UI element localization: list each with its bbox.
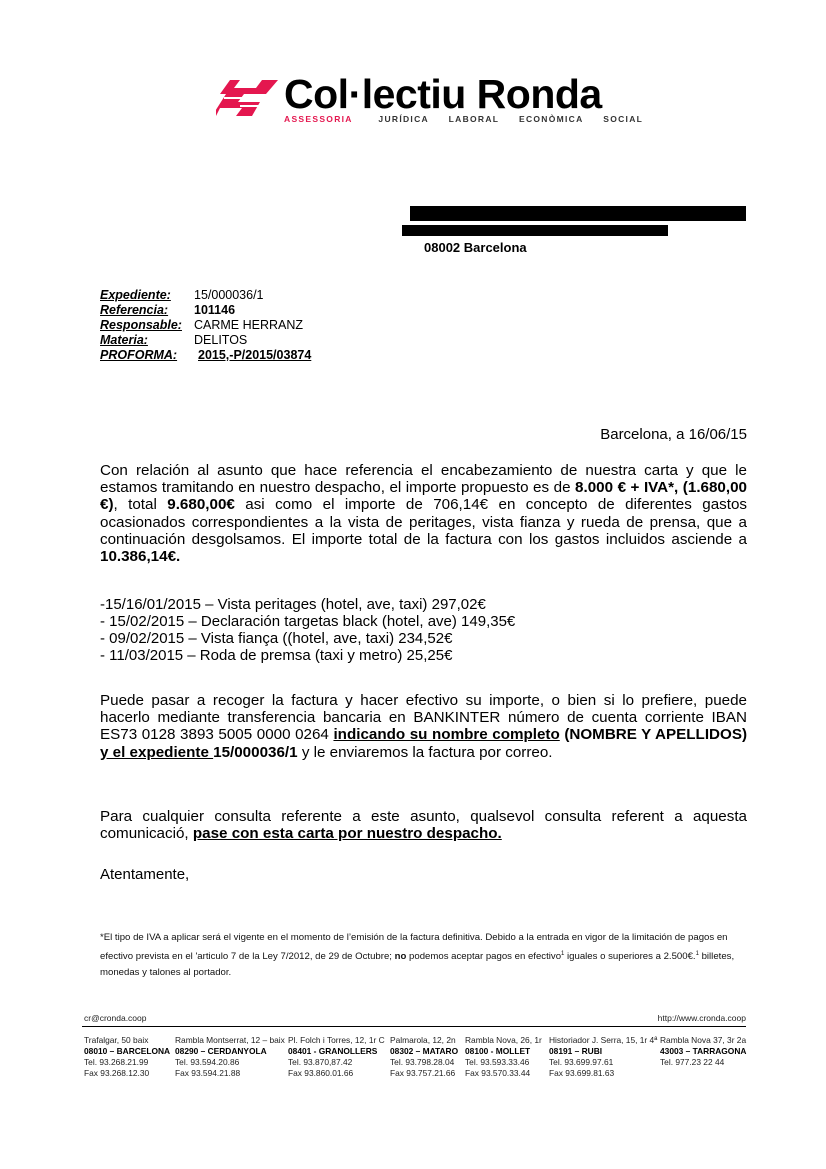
office-fax: Fax 93.699.81.63 <box>549 1068 660 1079</box>
office-city: 08100 - MOLLET <box>465 1046 549 1057</box>
office-rubi: Historiador J. Serra, 15, 1r 4ª 08191 – … <box>549 1035 660 1079</box>
company-logo: Col·lectiu Ronda ASSESSORIA JURÍDICA LAB… <box>216 76 611 128</box>
expenses-list: -15/16/01/2015 – Vista peritages (hotel,… <box>100 596 515 664</box>
emphasis: indicando su nombre completo <box>333 726 559 743</box>
footer-website[interactable]: http://www.cronda.coop <box>658 1013 746 1023</box>
ref-value: 2015,-P/2015/03874 <box>198 348 311 363</box>
expense-item: - 09/02/2015 – Vista fiança ((hotel, ave… <box>100 630 515 647</box>
case-number: 15/000036/1 <box>213 744 297 761</box>
office-barcelona: Trafalgar, 50 baix 08010 – BARCELONA Tel… <box>84 1035 175 1079</box>
office-fax: Fax 93.594.21.88 <box>175 1068 288 1079</box>
office-granollers: Pl. Folch i Torres, 12, 1r C 08401 - GRA… <box>288 1035 390 1079</box>
recipient-city: 08002 Barcelona <box>424 240 527 255</box>
ref-value: 15/000036/1 <box>194 288 264 303</box>
body-paragraph-3: Para cualquier consulta referente a este… <box>100 808 747 842</box>
grand-total-amount: 10.386,14€. <box>100 548 180 565</box>
footer-contact: cr@cronda.coop http://www.cronda.coop <box>84 1013 746 1023</box>
office-street: Trafalgar, 50 baix <box>84 1035 175 1046</box>
expense-item: -15/16/01/2015 – Vista peritages (hotel,… <box>100 596 515 613</box>
ref-label: Expediente: <box>100 288 194 303</box>
logo-arrows-icon <box>216 80 278 116</box>
emphasis: (NOMBRE Y APELLIDOS) <box>560 726 747 743</box>
vat-footnote: *El tipo de IVA a aplicar será el vigent… <box>100 930 750 981</box>
text: podemos aceptar pagos en efectivo <box>406 951 561 962</box>
ref-label: Materia: <box>100 333 194 348</box>
logo-subtitle-item: JURÍDICA <box>378 114 429 124</box>
ref-row-materia: Materia: DELITOS <box>100 333 311 348</box>
office-city: 08401 - GRANOLLERS <box>288 1046 390 1057</box>
office-street: Rambla Nova 37, 3r 2a <box>660 1035 746 1046</box>
office-fax: Fax 93.268.12.30 <box>84 1068 175 1079</box>
text: iguales o superiores a 2.500€. <box>564 951 695 962</box>
logo-subtitle-item: SOCIAL <box>603 114 643 124</box>
letter-date: Barcelona, a 16/06/15 <box>600 426 747 443</box>
total-amount: 9.680,00€ <box>167 496 235 513</box>
footer-email[interactable]: cr@cronda.coop <box>84 1013 147 1023</box>
office-city: 08191 – RUBI <box>549 1046 660 1057</box>
ref-value: CARME HERRANZ <box>194 318 303 333</box>
logo-subtitle-item: LABORAL <box>449 114 500 124</box>
office-fax: Fax 93.570.33.44 <box>465 1068 549 1079</box>
emphasis: pase con esta carta por nuestro despacho… <box>193 825 502 842</box>
office-tel: Tel. 93.593.33.46 <box>465 1057 549 1068</box>
ref-label: Responsable: <box>100 318 194 333</box>
expense-item: - 11/03/2015 – Roda de premsa (taxi y me… <box>100 647 515 664</box>
ref-value: DELITOS <box>194 333 247 348</box>
office-city: 08290 – CERDANYOLA <box>175 1046 288 1057</box>
office-tel: Tel. 93.699.97.61 <box>549 1057 660 1068</box>
office-tarragona: Rambla Nova 37, 3r 2a 43003 – TARRAGONA … <box>660 1035 746 1079</box>
emphasis: no <box>395 951 407 962</box>
expense-item: - 15/02/2015 – Declaración targetas blac… <box>100 613 515 630</box>
redacted-recipient-address <box>402 225 668 236</box>
ref-value: 101146 <box>194 303 235 318</box>
office-street: Rambla Nova, 26, 1r <box>465 1035 549 1046</box>
footer-offices: Trafalgar, 50 baix 08010 – BARCELONA Tel… <box>84 1035 764 1079</box>
office-tel: Tel. 93.870,87.42 <box>288 1057 390 1068</box>
footer-divider <box>82 1026 746 1027</box>
logo-subtitle-item: ECONÒMICA <box>519 114 584 124</box>
emphasis: y el expediente <box>100 744 213 761</box>
ref-label: PROFORMA: <box>100 348 194 363</box>
text: y le enviaremos la factura por correo. <box>298 744 553 761</box>
office-tel: Tel. 977.23 22 44 <box>660 1057 746 1068</box>
office-tel: Tel. 93.594.20.86 <box>175 1057 288 1068</box>
office-tel: Tel. 93.268.21.99 <box>84 1057 175 1068</box>
ref-row-responsable: Responsable: CARME HERRANZ <box>100 318 311 333</box>
office-fax: Fax 93.757.21.66 <box>390 1068 465 1079</box>
closing: Atentamente, <box>100 866 189 883</box>
office-cerdanyola: Rambla Montserrat, 12 – baix 08290 – CER… <box>175 1035 288 1079</box>
redacted-recipient-name <box>410 206 746 221</box>
body-paragraph-1: Con relación al asunto que hace referenc… <box>100 462 747 565</box>
office-street: Rambla Montserrat, 12 – baix <box>175 1035 288 1046</box>
office-street: Pl. Folch i Torres, 12, 1r C <box>288 1035 390 1046</box>
office-city: 08302 – MATARO <box>390 1046 465 1057</box>
office-city: 43003 – TARRAGONA <box>660 1046 746 1057</box>
ref-label: Referencia: <box>100 303 194 318</box>
logo-subtitle: ASSESSORIA JURÍDICA LABORAL ECONÒMICA SO… <box>284 114 659 124</box>
office-mollet: Rambla Nova, 26, 1r 08100 - MOLLET Tel. … <box>465 1035 549 1079</box>
reference-block: Expediente: 15/000036/1 Referencia: 1011… <box>100 288 311 363</box>
logo-title: Col·lectiu Ronda <box>284 70 602 118</box>
office-fax: Fax 93.860.01.66 <box>288 1068 390 1079</box>
office-street: Historiador J. Serra, 15, 1r 4ª <box>549 1035 660 1046</box>
ref-row-referencia: Referencia: 101146 <box>100 303 311 318</box>
logo-subtitle-accent: ASSESSORIA <box>284 114 353 124</box>
office-city: 08010 – BARCELONA <box>84 1046 175 1057</box>
body-paragraph-2: Puede pasar a recoger la factura y hacer… <box>100 692 747 761</box>
office-mataro: Palmarola, 12, 2n 08302 – MATARO Tel. 93… <box>390 1035 465 1079</box>
ref-row-proforma: PROFORMA: 2015,-P/2015/03874 <box>100 348 311 363</box>
office-street: Palmarola, 12, 2n <box>390 1035 465 1046</box>
text: , total <box>114 496 168 513</box>
office-tel: Tel. 93.798.28.04 <box>390 1057 465 1068</box>
ref-row-expediente: Expediente: 15/000036/1 <box>100 288 311 303</box>
